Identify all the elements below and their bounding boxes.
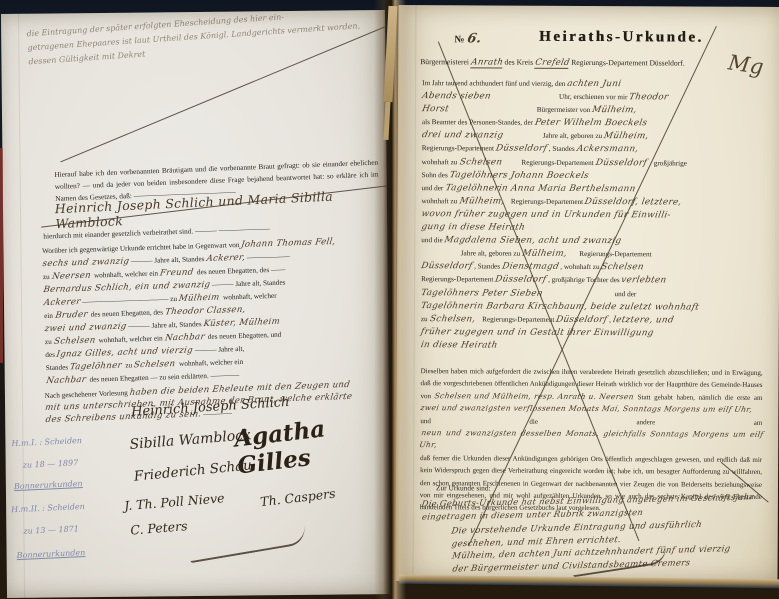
text-line: Regierungs-Departement Düsseldorf , Stan… [422, 143, 768, 158]
margin-note: H.m.I. : Scheiden [11, 436, 82, 448]
printed-text: , Standes [547, 145, 577, 153]
handwritten-entry: Tagelöhners Johann Boeckels [448, 169, 590, 183]
text-line: Tagelöhners Peter Sieben und der [421, 287, 767, 302]
printed-text: Regierungs-Departement [504, 197, 585, 205]
handwritten-entry: Ackersmann, [575, 143, 639, 156]
handwritten-entry: Düsseldorf [420, 260, 474, 273]
handwritten-entry: Horst [421, 103, 450, 116]
certificate-title: Heiraths-Urkunde. [486, 28, 756, 46]
handwritten-entry: Tagelöhnerin Anna Maria Berthelsmann [444, 182, 636, 196]
margin-note: Bonnerurkunden [14, 479, 83, 491]
handwritten-entry: Mülheim, [521, 248, 568, 261]
handwritten-entry: Düsseldorf [494, 274, 548, 287]
printed-text: wohnhaft zu [421, 197, 459, 205]
margin-note: H.m.II. : Scheiden [11, 502, 85, 514]
handwritten-entry: Düsseldorf [594, 157, 648, 170]
left-page: die Eintragung der später erfolgten Ehes… [1, 10, 391, 598]
printed-text: , wohnhaft zu [558, 263, 601, 271]
margin-notes: H.m.I. : Scheidenzu 18 — 1897Bonnerurkun… [1, 10, 391, 598]
handwritten-entry: Crefeld [534, 58, 570, 69]
handwritten-entry: Abends sieben [421, 90, 492, 103]
text-line: in diese Heirath [421, 339, 767, 354]
margin-note: zu 13 — 1871 [23, 524, 79, 536]
handwritten-entry: drei und zwanzig [421, 130, 505, 144]
corner-mark: Mg [727, 50, 766, 79]
handwritten-entry: achten Juni [566, 78, 622, 91]
handwritten-entry: verlebten [620, 275, 668, 288]
printed-text: zu [421, 315, 430, 323]
printed-text: Regierungs-Departement [421, 276, 495, 284]
handwritten-entry: Theodor [628, 91, 670, 104]
handwritten-entry: neun und zwanzigsten desselben Monats, g… [418, 427, 765, 454]
printed-text: des Kreis [503, 58, 535, 67]
handwritten-entry: Tagelöhners Peter Sieben [420, 287, 544, 301]
handwritten-entry: Mülheim, [603, 130, 650, 143]
handwritten-entry: letztere, und [612, 314, 675, 327]
handwritten-entry: in diese Heirath [420, 339, 499, 352]
text-line: Abends sieben Uhr, erschienen vor mir Th… [422, 90, 768, 105]
printed-text: Statt gehabt haben, nämlich die erste am [634, 393, 763, 402]
handwritten-entry: Schelsen [458, 156, 503, 169]
printed-text: , großjährige Tochter des [546, 276, 621, 284]
printed-text: Regierungs-Departement [502, 158, 596, 166]
printed-text: wohnhaft zu [422, 158, 460, 166]
handwritten-entry: 6. [466, 31, 483, 46]
certificate-body: Im Jahr tausend achthundert fünf und vie… [421, 77, 768, 354]
margin-note: zu 18 — 1897 [22, 458, 78, 470]
handwritten-entry: Anrath [470, 57, 504, 68]
handwritten-entry: Tagelöhnerin Barbara Kirschbaum, beide z… [420, 300, 700, 315]
printed-text: Bürgermeister von [449, 105, 592, 114]
handwritten-entry: Mülheim, [458, 195, 505, 208]
handwritten-entry: Magdalena Sieben, acht und zwanzig [443, 234, 622, 248]
handwritten-entry: wovon früher zugegen und in Urkunden für… [420, 208, 672, 222]
red-page-edge [0, 148, 3, 363]
printed-text: Regierungs-Departement [475, 315, 556, 323]
handwritten-entry: Düsseldorf [555, 314, 609, 327]
zur-urkunde-label: Zur Urkunde sind: [436, 483, 491, 492]
printed-text: Jahre alt, geboren zu [421, 249, 522, 258]
printed-text: № [454, 34, 467, 45]
printed-text: , Standes [472, 263, 502, 271]
handwritten-entry: früher zugegen und in Gestalt ihrer Einw… [420, 326, 655, 340]
printed-text: Regierungs-Departement [422, 145, 496, 153]
handwritten-entry: Schelsen, [428, 313, 476, 326]
printed-text: als Beamter des Personen-Standes, der [422, 118, 535, 127]
text-line: und die Magdalena Sieben, acht und zwanz… [421, 234, 767, 249]
margin-note: Bonnerurkunden [16, 548, 85, 560]
book-photo: die Eintragung der später erfolgten Ehes… [0, 0, 779, 599]
printed-text: Uhr, erschienen vor mir [491, 93, 629, 102]
printed-text: und die [421, 236, 444, 244]
printed-text: Regierungs-Departement Düsseldorf. [569, 58, 684, 68]
handwritten-entry: Schelsen [600, 261, 645, 274]
page-fold-line [412, 5, 416, 581]
right-page: № 6. Heiraths-Urkunde. Bürgermeisterei A… [395, 5, 779, 583]
text-line: Tagelöhnerin Barbara Kirschbaum, beide z… [421, 300, 767, 315]
certificate-number: № 6. [454, 31, 481, 46]
handwritten-entry: Mülheim, [591, 104, 638, 117]
printed-text: Jahre alt, geboren zu [503, 132, 604, 141]
printed-text: Sohn des [422, 171, 450, 179]
printed-text: und der [422, 184, 446, 192]
certificate-subtitle: Bürgermeisterei Anrath des Kreis Crefeld… [420, 57, 770, 70]
handwritten-entry: Düsseldorf [495, 143, 549, 156]
text-line: wohnhaft zu Schelsen Regierungs-Departem… [422, 156, 768, 171]
handwritten-entry: Peter Wilhelm Boeckels [534, 117, 649, 131]
printed-text: Im Jahr tausend achthundert fünf und vie… [422, 79, 567, 88]
